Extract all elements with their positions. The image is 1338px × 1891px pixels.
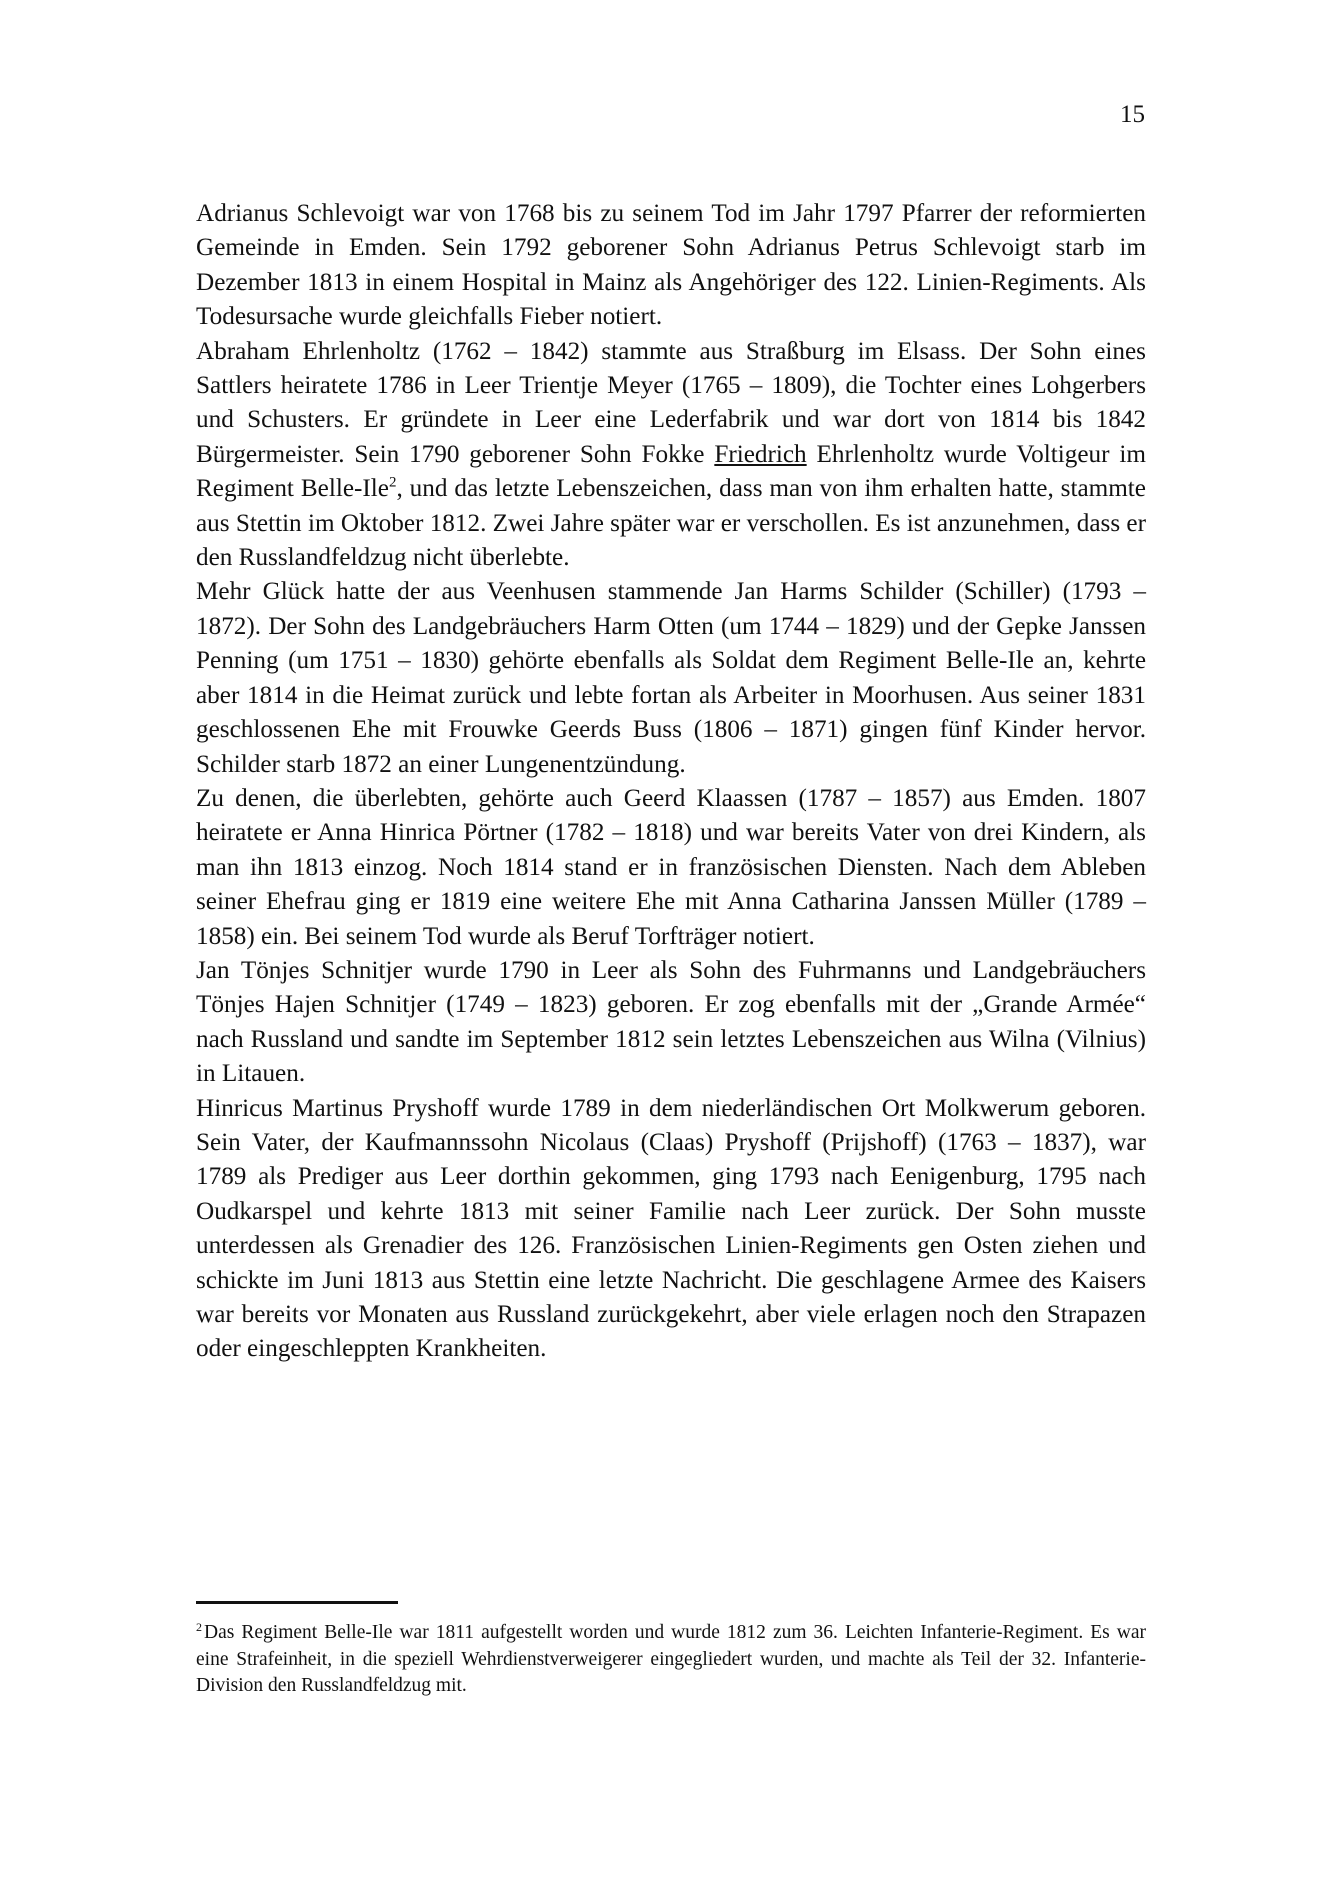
paragraph-schlevoigt: Adrianus Schlevoigt war von 1768 bis zu … xyxy=(196,197,1146,335)
paragraph-schilder: Mehr Glück hatte der aus Veenhusen stamm… xyxy=(196,575,1146,781)
paragraph-ehrlenholtz: Abraham Ehrlenholtz (1762 – 1842) stammt… xyxy=(196,335,1146,576)
paragraph-pryshoff: Hinricus Martinus Pryshoff wurde 1789 in… xyxy=(196,1092,1146,1367)
footnote-text: Das Regiment Belle-Ile war 1811 aufgeste… xyxy=(196,1622,1146,1696)
underlined-name: Friedrich xyxy=(714,441,806,468)
paragraph-klaassen: Zu denen, die überlebten, gehörte auch G… xyxy=(196,782,1146,954)
footnote-number: 2 xyxy=(196,1620,202,1634)
paragraph-schnitjer: Jan Tönjes Schnitjer wurde 1790 in Leer … xyxy=(196,954,1146,1092)
footnote-separator xyxy=(196,1601,398,1604)
page-number: 15 xyxy=(1120,100,1145,130)
body-text: Adrianus Schlevoigt war von 1768 bis zu … xyxy=(196,197,1146,1367)
footnote: 2Das Regiment Belle-Ile war 1811 aufgest… xyxy=(196,1620,1146,1700)
document-page: 15 Adrianus Schlevoigt war von 1768 bis … xyxy=(0,0,1338,1891)
